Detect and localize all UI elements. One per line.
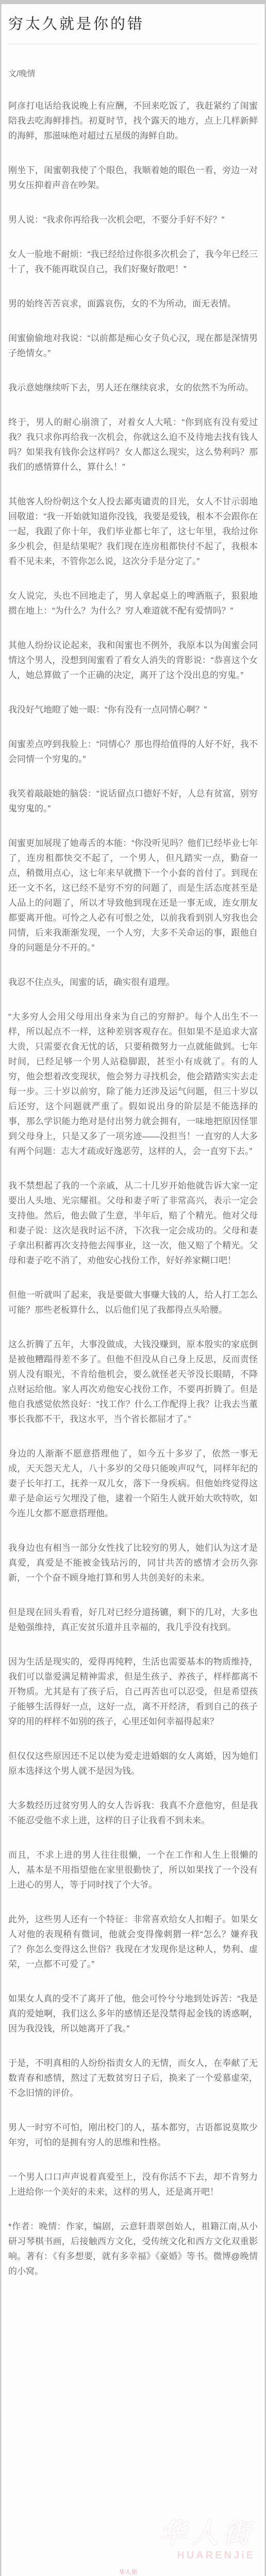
article-paragraph: 我身边也有相当一部分女性找了比较穷的男人，她们认为这才是真爱，真爱是不能被金钱玷… bbox=[8, 1540, 258, 1585]
article-paragraph: 其他客人纷纷朝这个女人投去鄙夷谴责的目光，女人不甘示弱地回敬道：“我一开始就知道… bbox=[8, 494, 258, 569]
article-paragraph: 但是现在回头看看，好几对已经分道扬镳，剩下的几对，大多也是勉强维持，真正安贫乐道… bbox=[8, 1605, 258, 1635]
article-paragraph: 如果女人真的受不了离开了他，他会可怜兮兮地到处诉苦：“我是真的爱她啊，我们这么多… bbox=[8, 1991, 258, 2036]
screenshot-page: 穷太久就是你的错 文/晚情 阿彦打电话给我说晚上有应酬，不回来吃饭了，我赶紧约了… bbox=[0, 0, 266, 2576]
article-paragraph: 男人一时穷不可怕，刚出校门的人，基本都穷，古语都说莫欺少年穷，可怕的是拥有穷人的… bbox=[8, 2120, 258, 2150]
article-paragraph: 闺蜜更加展现了她毒舌的本能：“你没听见吗？他们已经毕业七年了，连房租都快交不起了… bbox=[8, 836, 258, 955]
title-divider bbox=[8, 44, 258, 44]
site-watermark: 华人街 HUARENJiE bbox=[159, 2521, 255, 2562]
article-body: 阿彦打电话给我说晚上有应酬，不回来吃饭了，我赶紧约了闺蜜陪我去吃海鲜排挡。初夏时… bbox=[8, 98, 258, 2279]
bottom-edge-watermark: 华人街 bbox=[119, 2568, 138, 2576]
article-paragraph: 我笑着敲敲她的脑袋：“说话留点口德好不好，人总有贫富，别穷鬼穷鬼的。” bbox=[8, 786, 258, 816]
article-paragraph: 但仅仅这些原因还不足以使为爱走进婚姻的女人离婚，因为她们原本选择这个男人就不是因… bbox=[8, 1749, 258, 1778]
watermark-latin-logo: HUARENJiE bbox=[159, 2550, 255, 2562]
article-paragraph: 于是，不明真相的人纷纷指责女人的无情，而女人，在奉献了无数青春和感情，熬过了无数… bbox=[8, 2056, 258, 2100]
article-paragraph: 此外，这些男人还有一个特征：非常喜欢给女人扣帽子。如果女人对他的表现稍有微词，他… bbox=[8, 1912, 258, 1972]
article-paragraph: 但他一听就叫了起来，我是要做大事赚大钱的人，给人打工怎么可能？那些老板算什么，以… bbox=[8, 1287, 258, 1317]
article-paragraph: 身边的人渐渐不愿意搭理他了，如今五十多岁了，依然一事无成，天天怨天尤人，八十多岁… bbox=[8, 1446, 258, 1521]
article-paragraph: 男人说：“我求你再给我一次机会吧，不要分手好不好？” bbox=[8, 212, 258, 227]
article-paragraph: 刚坐下，闺蜜朝我使了个眼色，我顺着她的眼色一看，旁边一对男女压抑着声音在吵架。 bbox=[8, 163, 258, 193]
watermark-chinese-logo: 华人街 bbox=[159, 2521, 255, 2548]
article-paragraph: 我没好气地瞪了她一眼：“你有没有一点同情心啊？” bbox=[8, 702, 258, 717]
article-byline: 文/晚情 bbox=[8, 67, 258, 79]
article-title: 穷太久就是你的错 bbox=[8, 13, 258, 33]
article-paragraph: 一个男人口口声声说着真爱至上，没有你活不下去，却不肯努力上进给你一个美好的未来，… bbox=[8, 2170, 258, 2199]
article-paragraph: 大多数经历过贫穷男人的女人告诉我：我真不介意他穷，但是我不能忍受他不求上进，这样… bbox=[8, 1798, 258, 1828]
article-paragraph: 女人一脸地不耐烦：“我已经给过你很多次机会了，我今年已经三十了，我不能再耽误自己… bbox=[8, 247, 258, 277]
article-card: 穷太久就是你的错 文/晚情 阿彦打电话给我说晚上有应酬，不回来吃饭了，我赶紧约了… bbox=[1, 4, 265, 2576]
author-bio-note: *作者：晚情：作家，编剧，云意轩翡翠创始人，祖籍江南,从小研习琴棋书画，后接触西… bbox=[8, 2219, 258, 2279]
article-paragraph: 闺蜜偷偷地对我说：“以前都是痴心女子负心汉，现在都是深情男子绝情女。” bbox=[8, 331, 258, 361]
article-paragraph: 终于，男人的耐心崩溃了，对着女人大吼：“你到底有没有爱过我？我只求你再给我一次机… bbox=[8, 415, 258, 474]
article-paragraph: 这么折腾了五年，大事没做成，大钱没赚到，原本殷实的家底倒是被他糟蹋得差不多了。但… bbox=[8, 1337, 258, 1427]
article-paragraph: 其他人纷纷议论起来，我和闺蜜也不例外，我原本以为闺蜜会同情这个男人，没想到闺蜜看… bbox=[8, 638, 258, 683]
article-paragraph: “大多穷人会用父母用出身来为自己的穷辩护。每个人出生不一样，所以起点不一样，这种… bbox=[8, 1009, 258, 1159]
article-paragraph: 我忍不住点头，闺蜜的话，确实很有道理。 bbox=[8, 975, 258, 990]
article-paragraph: 我不禁想起了我的一个亲戚，从二十几岁开始他就告诉大家一定要出人头地、光宗耀祖。父… bbox=[8, 1178, 258, 1268]
article-paragraph: 闺蜜差点哼到我脸上：“同情心？那也得给值得的人好不好，我不会同情一个穷鬼的。” bbox=[8, 737, 258, 767]
article-paragraph: 男的始终苦苦哀求，面露哀伤，女的不为所动，面无表情。 bbox=[8, 296, 258, 311]
article-paragraph: 女人说完，头也不回地走了，男人拿起桌上的啤酒瓶子，狠狠地掼在地上：“为什么？为什… bbox=[8, 588, 258, 618]
article-paragraph: 我示意她继续听下去，男人还在继续哀求，女的依然不为所动。 bbox=[8, 380, 258, 395]
article-paragraph: 阿彦打电话给我说晚上有应酬，不回来吃饭了，我赶紧约了闺蜜陪我去吃海鲜排挡。初夏时… bbox=[8, 98, 258, 143]
article-paragraph: 因为生活是现实的，爱得再纯粹，生活也需要基本的物质维持，我们可以靠爱满足精神需求… bbox=[8, 1654, 258, 1729]
article-paragraph: 而且，不求上进的男人往往很懒，一个在工作和人生上很懒的人，基本是不用指望他在家里… bbox=[8, 1848, 258, 1892]
